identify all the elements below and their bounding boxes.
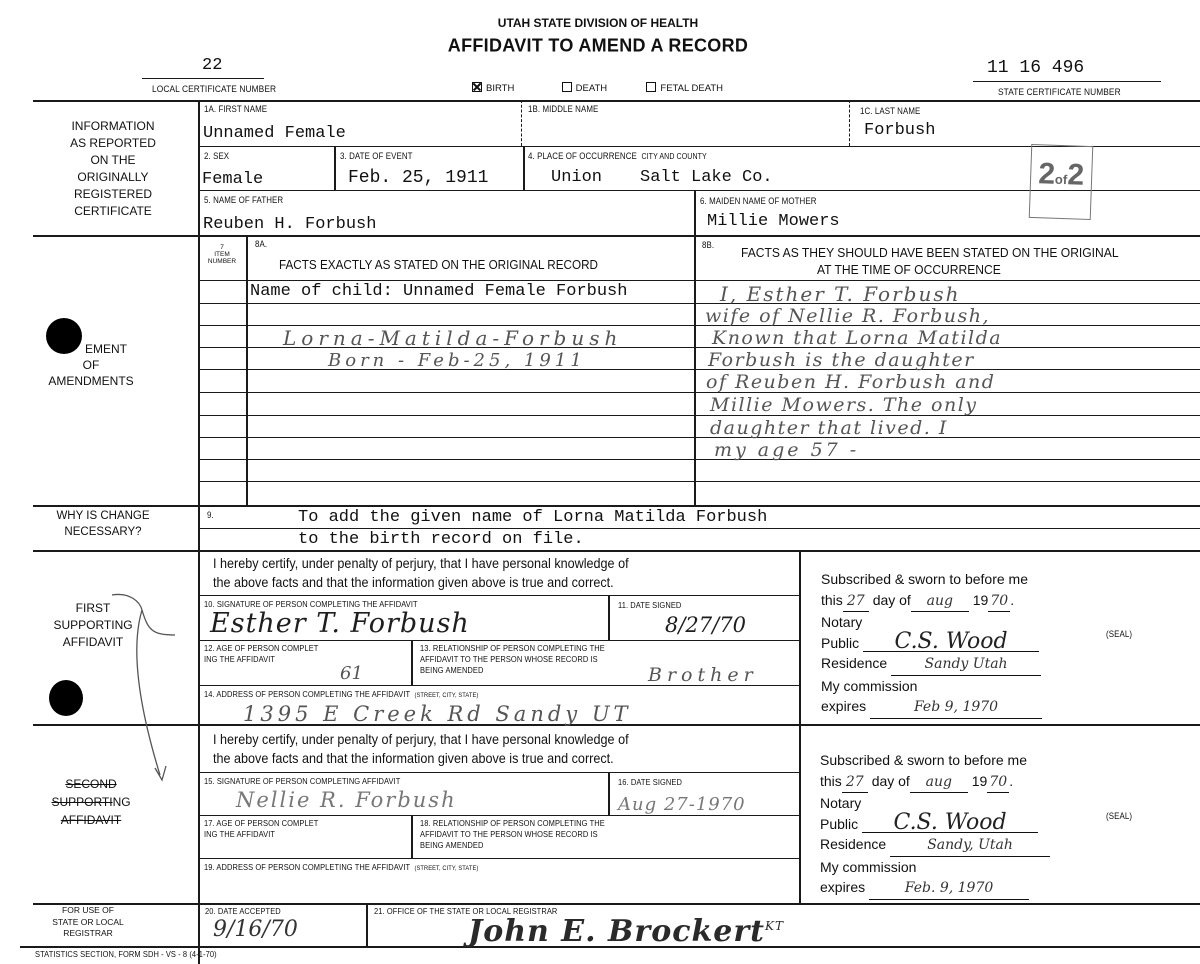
corrected-fact-row: my age 57 - bbox=[714, 439, 859, 461]
place-county-value: Salt Lake Co. bbox=[640, 168, 773, 187]
section-label-original-info: INFORMATION AS REPORTED ON THE ORIGINALL… bbox=[38, 118, 188, 220]
corrected-fact-row: Forbush is the daughter bbox=[708, 349, 975, 371]
state-certificate-number: 11 16 496 bbox=[987, 58, 1084, 78]
notary-block-2: Subscribed & sworn to before me this27 d… bbox=[820, 750, 1050, 900]
handwritten-arrow bbox=[100, 590, 190, 785]
date-of-event-label: 3. DATE OF EVENT bbox=[340, 151, 413, 161]
section-label-second-affidavit: SECOND SUPPORTING AFFIDAVIT bbox=[36, 775, 146, 829]
seal-label: (SEAL) bbox=[1106, 811, 1132, 821]
col-8a-number: 8A. bbox=[255, 239, 267, 249]
date-signed-label: 16. DATE SIGNED bbox=[618, 777, 682, 787]
reason-number: 9. bbox=[207, 510, 214, 520]
birth-checkbox[interactable]: BIRTH bbox=[472, 83, 514, 94]
reason-line-2: to the birth record on file. bbox=[298, 530, 584, 549]
row-line bbox=[198, 459, 1200, 460]
last-name-value: Forbush bbox=[864, 121, 935, 140]
relationship-label: 18. RELATIONSHIP OF PERSON COMPLETING TH… bbox=[420, 818, 605, 851]
row-line bbox=[198, 303, 1200, 304]
row-line bbox=[198, 415, 1200, 416]
date-of-event-value: Feb. 25, 1911 bbox=[348, 168, 488, 188]
original-fact-row-handwritten: Lorna-Matilda-Forbush bbox=[283, 326, 622, 350]
date-accepted-value: 9/16/70 bbox=[213, 917, 298, 942]
first-name-value: Unnamed Female bbox=[203, 124, 346, 143]
section-label-registrar: FOR USE OF STATE OR LOCAL REGISTRAR bbox=[33, 905, 143, 940]
col-line bbox=[411, 640, 413, 685]
seal-label: (SEAL) bbox=[1106, 629, 1132, 639]
section-line bbox=[33, 505, 1200, 507]
row-line bbox=[198, 772, 799, 773]
col-line bbox=[523, 146, 525, 190]
fetal-death-checkbox[interactable]: FETAL DEATH bbox=[646, 83, 723, 94]
page-count-stamp: 2of2 bbox=[1029, 144, 1094, 220]
local-certificate-label: LOCAL CERTIFICATE NUMBER bbox=[152, 84, 276, 95]
col-8b-title-line1: FACTS AS THEY SHOULD HAVE BEEN STATED ON… bbox=[741, 245, 1119, 260]
row-line bbox=[198, 815, 799, 816]
checkbox-checked-icon bbox=[472, 82, 482, 92]
col-line bbox=[366, 903, 368, 947]
section-line bbox=[33, 235, 1200, 237]
age-value: 61 bbox=[340, 663, 363, 684]
dashed-divider bbox=[849, 100, 850, 146]
local-certificate-number: 22 bbox=[202, 56, 222, 75]
sex-value: Female bbox=[202, 170, 263, 189]
punch-hole-mark bbox=[49, 680, 83, 716]
relationship-value: Brother bbox=[648, 664, 758, 686]
last-name-label: 1C. LAST NAME bbox=[860, 106, 920, 116]
date-accepted-label: 20. DATE ACCEPTED bbox=[205, 906, 281, 916]
reason-line-1: To add the given name of Lorna Matilda F… bbox=[298, 508, 767, 527]
corrected-fact-row: Millie Mowers. The only bbox=[710, 394, 978, 416]
form-top-border bbox=[33, 100, 1200, 102]
original-fact-row: Name of child: Unnamed Female Forbush bbox=[250, 282, 627, 301]
local-cert-underline bbox=[142, 78, 264, 79]
notary-block-1: Subscribed & sworn to before me this27 d… bbox=[821, 569, 1042, 719]
col-8b-number: 8B. bbox=[702, 240, 714, 250]
first-name-label: 1A. FIRST NAME bbox=[204, 104, 267, 114]
col-8a-title: FACTS EXACTLY AS STATED ON THE ORIGINAL … bbox=[279, 257, 598, 272]
punch-hole-mark bbox=[46, 318, 82, 354]
col-line bbox=[608, 772, 610, 815]
mother-name-value: Millie Mowers bbox=[707, 212, 840, 231]
row-line bbox=[198, 392, 1200, 393]
address-value: 1395 E Creek Rd Sandy UT bbox=[243, 702, 632, 726]
death-checkbox[interactable]: DEATH bbox=[562, 83, 608, 94]
col-8b-title-line2: AT THE TIME OF OCCURRENCE bbox=[817, 262, 1001, 277]
col-line bbox=[411, 815, 413, 858]
corrected-fact-row: wife of Nellie R. Forbush, bbox=[705, 305, 990, 327]
record-type-options: BIRTH DEATH FETAL DEATH bbox=[472, 82, 723, 94]
col-line bbox=[334, 146, 336, 190]
registrar-signature: John E. BrockertKT bbox=[468, 914, 784, 949]
certify-statement-2: the above facts and that the information… bbox=[213, 750, 614, 766]
col-line bbox=[246, 235, 248, 505]
original-fact-row-handwritten: Born - Feb-25, 1911 bbox=[328, 350, 586, 371]
date-signed-value: 8/27/70 bbox=[665, 613, 746, 637]
certify-statement-2: the above facts and that the information… bbox=[213, 574, 614, 590]
dashed-divider bbox=[521, 100, 522, 146]
father-name-label: 5. NAME OF FATHER bbox=[204, 195, 283, 205]
mother-name-label: 6. MAIDEN NAME OF MOTHER bbox=[700, 196, 817, 206]
sex-label: 2. SEX bbox=[204, 151, 229, 161]
date-signed-value: Aug 27-1970 bbox=[618, 794, 746, 815]
place-label: 4. PLACE OF OCCURRENCE CITY AND COUNTY bbox=[528, 151, 707, 161]
section-line bbox=[33, 550, 1200, 552]
state-cert-underline bbox=[973, 81, 1161, 82]
middle-name-label: 1B. MIDDLE NAME bbox=[528, 104, 598, 114]
age-label: 12. AGE OF PERSON COMPLET ING THE AFFIDA… bbox=[204, 643, 318, 665]
signature-label: 15. SIGNATURE OF PERSON COMPLETING AFFID… bbox=[204, 776, 400, 786]
row-line bbox=[198, 858, 799, 859]
row-line bbox=[198, 528, 1200, 529]
corrected-fact-row: daughter that lived. I bbox=[710, 417, 948, 439]
certify-statement-1: I hereby certify, under penalty of perju… bbox=[213, 555, 629, 571]
age-label: 17. AGE OF PERSON COMPLET ING THE AFFIDA… bbox=[204, 818, 318, 840]
corrected-fact-row: of Reuben H. Forbush and bbox=[706, 371, 995, 393]
address-label: 19. ADDRESS OF PERSON COMPLETING THE AFF… bbox=[204, 862, 478, 872]
corrected-fact-row: Known that Lorna Matilda bbox=[712, 327, 1002, 349]
form-identifier: STATISTICS SECTION, FORM SDH - VS - 8 (4… bbox=[35, 949, 217, 959]
place-city-value: Union bbox=[551, 168, 602, 187]
row-line bbox=[198, 481, 1200, 482]
address-label: 14. ADDRESS OF PERSON COMPLETING THE AFF… bbox=[204, 689, 478, 699]
row-line bbox=[198, 640, 799, 641]
row-line bbox=[198, 280, 1200, 281]
form-title: AFFIDAVIT TO AMEND A RECORD bbox=[0, 34, 1196, 56]
section-label-reason: WHY IS CHANGE NECESSARY? bbox=[28, 508, 178, 540]
date-signed-label: 11. DATE SIGNED bbox=[618, 600, 681, 610]
corrected-fact-row: I, Esther T. Forbush bbox=[720, 282, 960, 306]
col-line bbox=[608, 595, 610, 640]
checkbox-empty-icon bbox=[562, 82, 572, 92]
checkbox-empty-icon bbox=[646, 82, 656, 92]
signature-esther: Esther T. Forbush bbox=[210, 608, 470, 639]
relationship-label: 13. RELATIONSHIP OF PERSON COMPLETING TH… bbox=[420, 643, 605, 676]
state-certificate-label: STATE CERTIFICATE NUMBER bbox=[998, 87, 1121, 98]
section-line bbox=[33, 903, 1200, 905]
certify-statement-1: I hereby certify, under penalty of perju… bbox=[213, 731, 629, 747]
row-line bbox=[198, 437, 1200, 438]
father-name-value: Reuben H. Forbush bbox=[203, 215, 376, 234]
section-divider bbox=[198, 100, 200, 964]
row-line bbox=[198, 595, 799, 596]
agency-name: UTAH STATE DIVISION OF HEALTH bbox=[0, 16, 1196, 30]
signature-nellie: Nellie R. Forbush bbox=[236, 788, 457, 812]
item-number-header: 7 ITEM NUMBER bbox=[200, 244, 244, 265]
col-line bbox=[799, 550, 801, 903]
